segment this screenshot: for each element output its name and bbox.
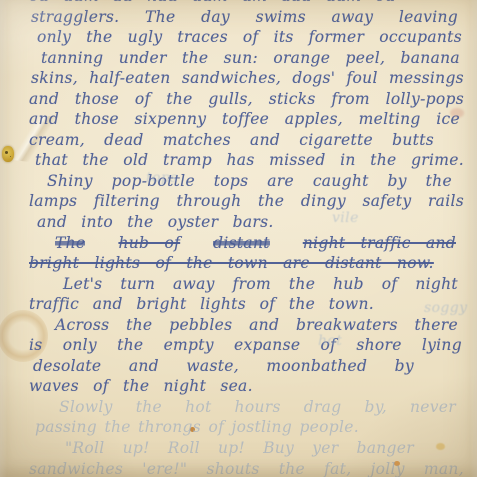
manuscript-line: thattheoldtramphasmissedinthegrime. <box>29 150 464 171</box>
manuscript-line: tanningunderthesun:orangepeel,banana <box>29 48 464 69</box>
manuscript-line: Let'sturnawayfromthehubofnight <box>29 274 464 295</box>
scanned-manuscript-page: ou uum au nuu uum um auu uum ou straggle… <box>0 0 477 477</box>
struck-manuscript-line: Thehub ofdistantnight traffic and <box>29 233 464 254</box>
manuscript-line: andthosesixpennytoffeeapples,meltingice <box>29 109 464 130</box>
struck-text-segment: distant <box>213 233 270 254</box>
manuscript-line: lampsfilteringthroughthedingysafetyrails <box>29 191 464 212</box>
manuscript-line: trafficandbrightlightsofthetown. <box>29 294 464 315</box>
struck-text-segment: bright lights of the town are distant no… <box>29 254 434 272</box>
manuscript-line: Acrossthepebblesandbreakwatersthere <box>29 315 464 336</box>
manuscript-line: andthoseofthegulls,sticksfromlolly-pops <box>29 89 464 110</box>
manuscript-line: waves of the night sea. <box>29 376 464 397</box>
manuscript-line: desolateandwaste,moonbathedby <box>29 356 464 377</box>
manuscript-line: skins,half-eatensandwiches,dogs'foulmess… <box>29 68 464 89</box>
struck-manuscript-line: bright lights of the town are distant no… <box>29 253 464 274</box>
manuscript-line: stragglers.Thedayswimsawayleaving <box>29 7 464 28</box>
manuscript-line: Slowlythehothoursdragby,never <box>29 397 464 418</box>
manuscript-line: and into the oyster bars. <box>29 212 464 233</box>
manuscript-line: "Rollup!Rollup!Buyyerbanger <box>29 438 464 459</box>
yellow-sticker-stain <box>2 146 14 162</box>
manuscript-line: sandwiches'ere!"shoutsthefat,jollyman, <box>29 459 464 477</box>
manuscript-line: isonlytheemptyexpanseofshorelying <box>29 335 464 356</box>
struck-text-segment: The <box>55 233 85 254</box>
manuscript-line: onlytheuglytracesofitsformeroccupants <box>29 27 464 48</box>
struck-text-segment: night traffic and <box>303 233 456 254</box>
manuscript-lines: ou uum au nuu uum um auu uum ou straggle… <box>29 0 464 477</box>
manuscript-line: Shinypop-bottletopsarecaughtbythe <box>29 171 464 192</box>
clipped-top-line: ou uum au nuu uum um auu uum ou <box>29 0 464 7</box>
struck-text-segment: hub of <box>118 233 180 254</box>
manuscript-line: cream,deadmatchesandcigarettebutts <box>29 130 464 151</box>
manuscript-line: passingthethrongsofjostlingpeople. <box>29 417 464 438</box>
